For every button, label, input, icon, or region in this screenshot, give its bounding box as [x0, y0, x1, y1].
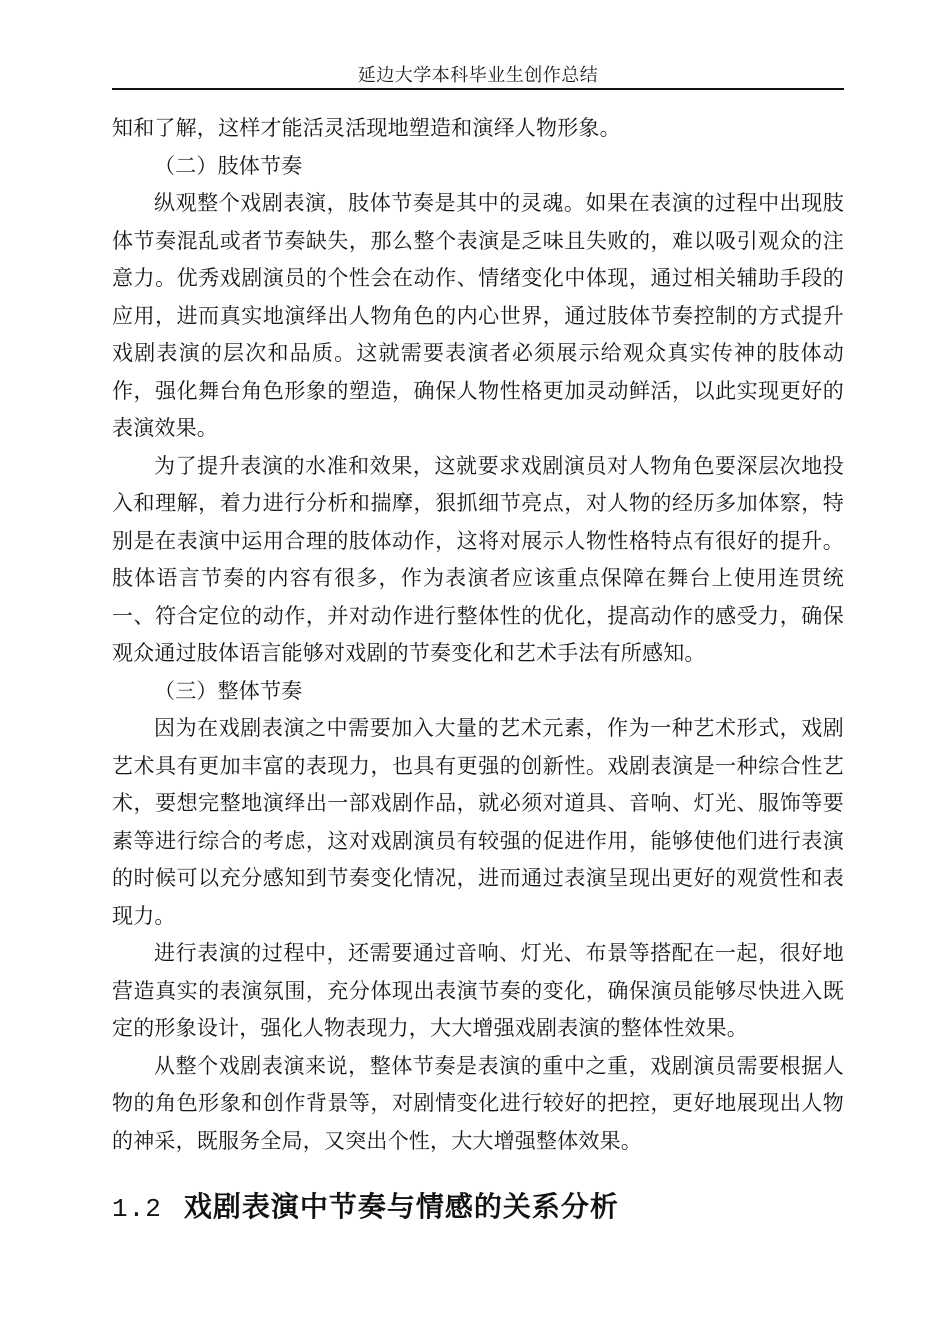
body-paragraph: 纵观整个戏剧表演，肢体节奏是其中的灵魂。如果在表演的过程中出现肢体节奏混乱或者节… [112, 185, 844, 448]
document-body: 知和了解，这样才能活灵活现地塑造和演绎人物形象。 （二）肢体节奏 纵观整个戏剧表… [112, 90, 844, 1229]
section-heading: 1.2戏剧表演中节奏与情感的关系分析 [112, 1187, 844, 1229]
body-paragraph: 进行表演的过程中，还需要通过音响、灯光、布景等搭配在一起，很好地营造真实的表演氛… [112, 935, 844, 1048]
body-paragraph: 从整个戏剧表演来说，整体节奏是表演的重中之重，戏剧演员需要根据人物的角色形象和创… [112, 1048, 844, 1161]
body-paragraph: 为了提升表演的水准和效果，这就要求戏剧演员对人物角色要深层次地投入和理解，着力进… [112, 448, 844, 673]
section-heading-title: 戏剧表演中节奏与情感的关系分析 [184, 1191, 619, 1222]
page-header-title: 延边大学本科毕业生创作总结 [358, 65, 599, 85]
sub-heading-body-rhythm: （二）肢体节奏 [112, 148, 844, 186]
page-header: 延边大学本科毕业生创作总结 [112, 0, 844, 90]
sub-heading-overall-rhythm: （三）整体节奏 [112, 673, 844, 711]
body-paragraph: 因为在戏剧表演之中需要加入大量的艺术元素，作为一种艺术形式，戏剧艺术具有更加丰富… [112, 710, 844, 935]
document-page: 延边大学本科毕业生创作总结 知和了解，这样才能活灵活现地塑造和演绎人物形象。 （… [0, 0, 950, 1344]
body-paragraph-continuation: 知和了解，这样才能活灵活现地塑造和演绎人物形象。 [112, 110, 844, 148]
section-heading-number: 1.2 [112, 1194, 162, 1224]
